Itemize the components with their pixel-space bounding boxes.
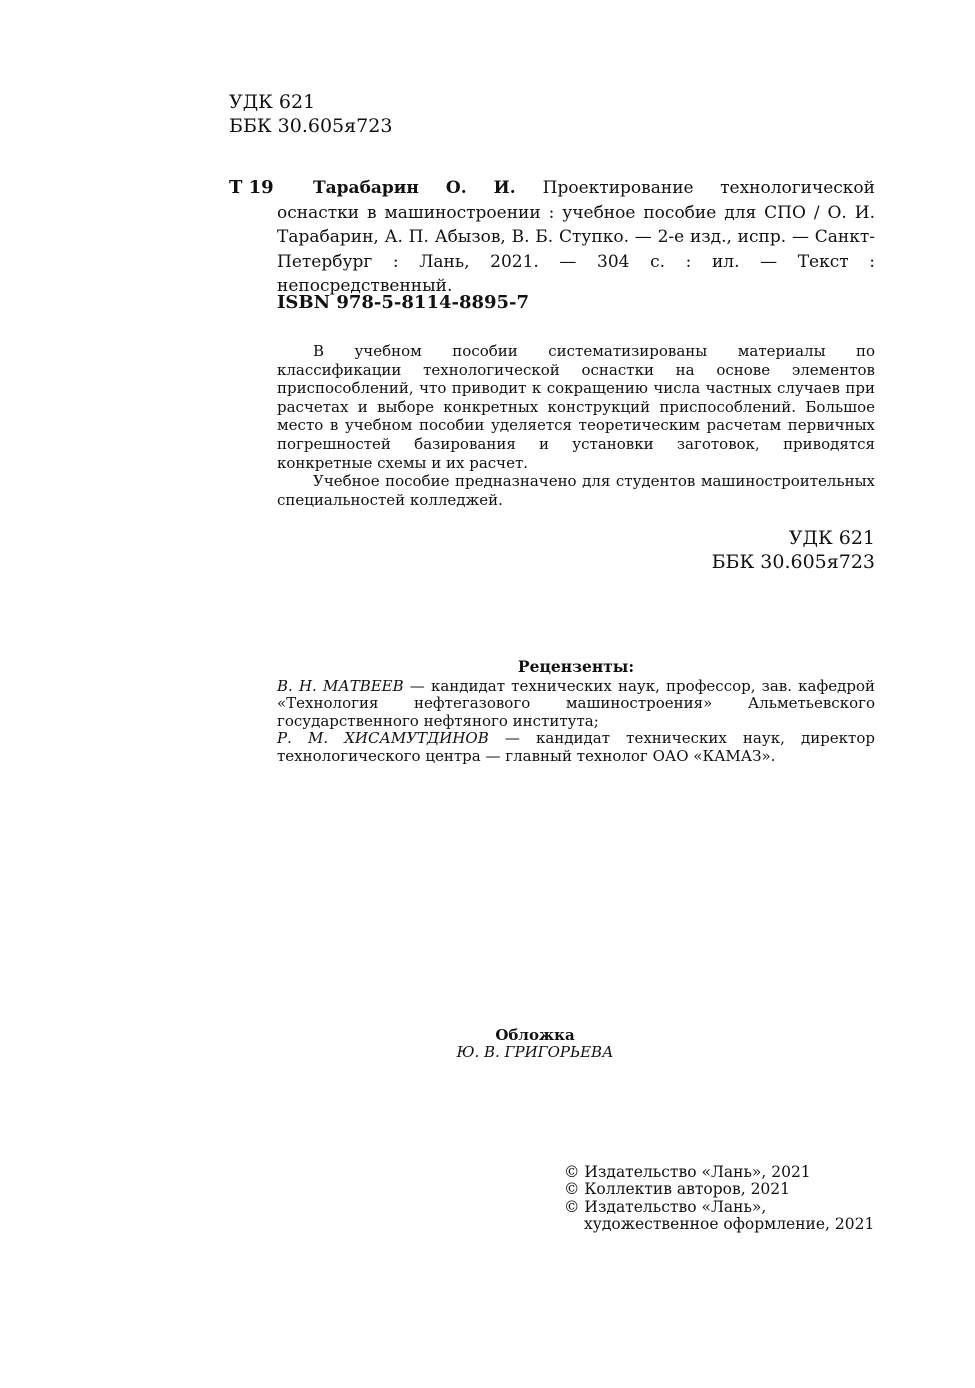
cover-label: Обложка bbox=[400, 1027, 670, 1044]
bbk-code: ББК 30.605я723 bbox=[229, 114, 392, 138]
cover-designer: Ю. В. ГРИГОРЬЕВА bbox=[400, 1044, 670, 1061]
reviewers-title: Рецензенты: bbox=[277, 658, 875, 676]
copyright-line: © Коллектив авторов, 2021 bbox=[564, 1181, 874, 1198]
author-sign-code: Т 19 bbox=[229, 176, 274, 200]
copyright-block: © Издательство «Лань», 2021 © Коллектив … bbox=[564, 1164, 874, 1234]
author-name: Тарабарин О. И. bbox=[313, 178, 543, 198]
reviewer-name: Р. М. ХИСАМУТДИНОВ bbox=[277, 729, 489, 747]
reviewer-entry: В. Н. МАТВЕЕВ — кандидат технических нау… bbox=[277, 678, 875, 731]
udk-code: УДК 621 bbox=[620, 526, 875, 550]
abstract-paragraph: Учебное пособие предназначено для студен… bbox=[277, 472, 875, 509]
abstract: В учебном пособии систематизированы мате… bbox=[277, 342, 875, 509]
reviewer-entry: Р. М. ХИСАМУТДИНОВ — кандидат технически… bbox=[277, 730, 875, 765]
udk-code: УДК 621 bbox=[229, 90, 392, 114]
copyright-line: © Издательство «Лань», 2021 bbox=[564, 1164, 874, 1181]
copyright-line: © Издательство «Лань», bbox=[564, 1199, 874, 1216]
reviewer-name: В. Н. МАТВЕЕВ bbox=[277, 677, 404, 695]
bibliographic-record: Тарабарин О. И. Проектирование технологи… bbox=[277, 176, 875, 299]
copyright-line-continuation: художественное оформление, 2021 bbox=[564, 1216, 874, 1233]
abstract-paragraph: В учебном пособии систематизированы мате… bbox=[277, 342, 875, 472]
reviewers-section: Рецензенты: В. Н. МАТВЕЕВ — кандидат тех… bbox=[277, 658, 875, 766]
bottom-classification: УДК 621 ББК 30.605я723 bbox=[620, 526, 875, 574]
bbk-code: ББК 30.605я723 bbox=[620, 550, 875, 574]
isbn: ISBN 978-5-8114-8895-7 bbox=[277, 292, 529, 313]
top-classification: УДК 621 ББК 30.605я723 bbox=[229, 90, 392, 138]
cover-credit: Обложка Ю. В. ГРИГОРЬЕВА bbox=[400, 1027, 670, 1061]
